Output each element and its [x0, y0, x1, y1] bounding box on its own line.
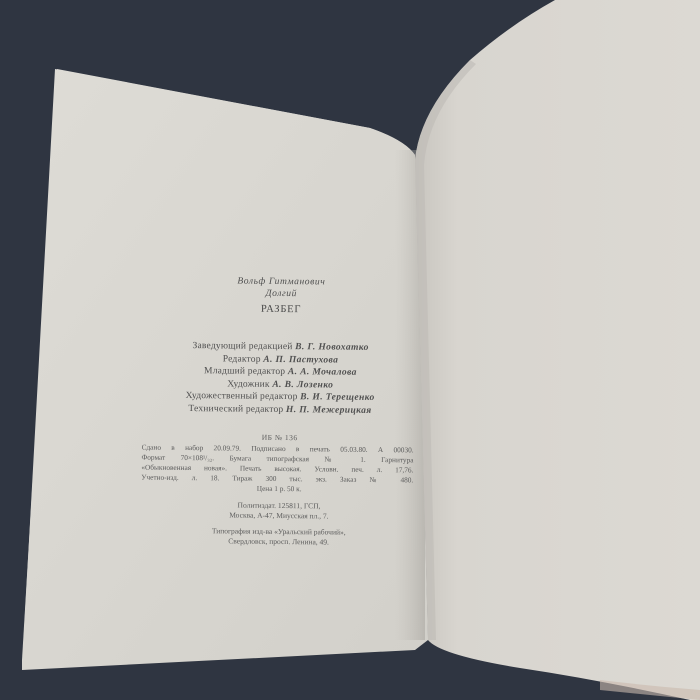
credit-role: Редактор	[223, 354, 261, 364]
credit-name: В. Г. Новохатко	[295, 342, 369, 353]
publisher-address: Политиздат. 125811, ГСП, Москва, А-47, М…	[149, 500, 409, 523]
credit-name: А. В. Лозенко	[272, 379, 333, 390]
credit-role: Художественный редактор	[186, 391, 298, 402]
credit-name: В. И. Терещенко	[300, 392, 375, 403]
credits-list: Заведующий редакцией В. Г. Новохатко Ред…	[150, 340, 411, 418]
publisher-line: Москва, А-47, Миусская пл., 7.	[149, 510, 409, 523]
credit-name: А. П. Пастухова	[263, 354, 338, 365]
book-title: РАЗБЕГ	[151, 303, 411, 317]
right-page	[415, 0, 700, 700]
credit-role: Технический редактор	[188, 404, 283, 415]
print-specs: Сдано в набор 20.09.79. Подписано в печа…	[141, 443, 413, 486]
credit-name: А. А. Мочалова	[288, 367, 357, 378]
credit-name: Н. П. Межерицкая	[286, 405, 372, 416]
library-number: ИБ № 136	[150, 432, 410, 444]
author-surname: Долгий	[151, 287, 411, 302]
printer-address: Типография изд-ва «Уральский рабочий», С…	[149, 526, 409, 549]
colophon: Вольф Гитманович Долгий РАЗБЕГ Заведующи…	[149, 275, 412, 549]
credit-line: Технический редактор Н. П. Межерицкая	[150, 402, 410, 417]
credit-role: Художник	[227, 379, 270, 389]
credit-role: Младший редактор	[204, 366, 285, 377]
credit-role: Заведующий редакцией	[193, 341, 293, 352]
